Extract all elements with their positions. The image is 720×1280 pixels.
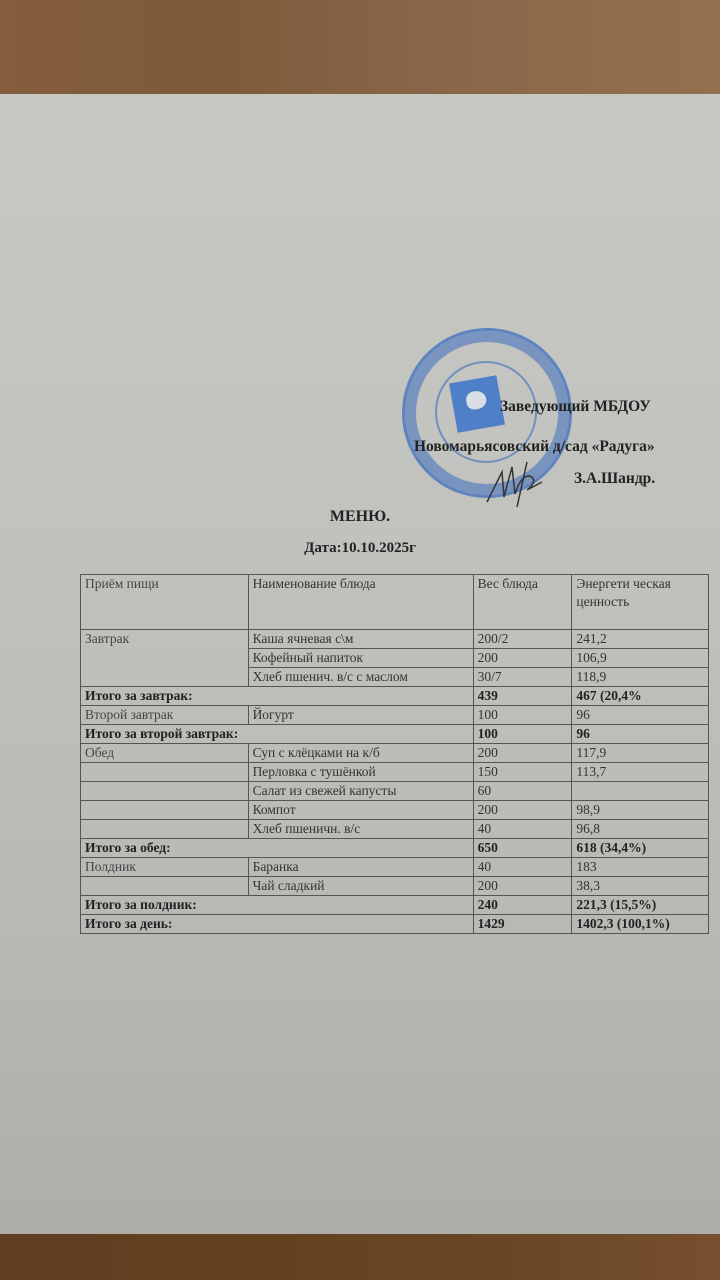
header-weight: Вес блюда — [473, 575, 572, 630]
dish-cell: Суп с клёцками на к/б — [248, 744, 473, 763]
dish-cell: Хлеб пшеничн. в/с — [248, 820, 473, 839]
energy-cell — [572, 782, 709, 801]
weight-cell: 40 — [473, 820, 572, 839]
meal-cell: Полдник — [81, 858, 249, 877]
weight-cell: 200 — [473, 744, 572, 763]
meal-cell — [81, 877, 249, 896]
approval-organization: Новомарьясовский д/сад «Радуга» — [414, 438, 655, 456]
document-date: Дата:10.10.2025г — [0, 540, 720, 557]
header-dish: Наименование блюда — [248, 575, 473, 630]
weight-cell: 100 — [473, 706, 572, 725]
header-meal: Приём пищи — [81, 575, 249, 630]
total-label: Итого за день: — [81, 915, 474, 934]
table-row: Салат из свежей капусты60 — [81, 782, 709, 801]
table-row: ЗавтракКаша ячневая с\м200/2241,2 — [81, 630, 709, 649]
energy-cell: 98,9 — [572, 801, 709, 820]
table-row: ОбедСуп с клёцками на к/б200117,9 — [81, 744, 709, 763]
meal-cell — [81, 801, 249, 820]
weight-cell: 30/7 — [473, 668, 572, 687]
meal-cell — [81, 782, 249, 801]
total-weight: 439 — [473, 687, 572, 706]
meal-cell: Обед — [81, 744, 249, 763]
total-label: Итого за обед: — [81, 839, 474, 858]
total-energy: 467 (20,4% — [572, 687, 709, 706]
meal-cell — [81, 763, 249, 782]
meal-cell — [81, 820, 249, 839]
wooden-surface-bottom — [0, 1230, 720, 1280]
weight-cell: 60 — [473, 782, 572, 801]
energy-cell: 118,9 — [572, 668, 709, 687]
dish-cell: Хлеб пшенич. в/с с маслом — [248, 668, 473, 687]
header-energy: Энергети ческая ценность — [572, 575, 709, 630]
total-energy: 96 — [572, 725, 709, 744]
stamp-emblem-icon — [449, 375, 505, 433]
weight-cell: 200 — [473, 649, 572, 668]
weight-cell: 200/2 — [473, 630, 572, 649]
total-weight: 240 — [473, 896, 572, 915]
dish-cell: Салат из свежей капусты — [248, 782, 473, 801]
meal-cell: Завтрак — [81, 630, 249, 687]
dish-cell: Перловка с тушёнкой — [248, 763, 473, 782]
dish-cell: Каша ячневая с\м — [248, 630, 473, 649]
table-header-row: Приём пищи Наименование блюда Вес блюда … — [81, 575, 709, 630]
table-total-row: Итого за завтрак:439467 (20,4% — [81, 687, 709, 706]
dish-cell: Кофейный напиток — [248, 649, 473, 668]
weight-cell: 200 — [473, 801, 572, 820]
energy-cell: 183 — [572, 858, 709, 877]
energy-cell: 96 — [572, 706, 709, 725]
total-weight: 650 — [473, 839, 572, 858]
weight-cell: 150 — [473, 763, 572, 782]
menu-table: Приём пищи Наименование блюда Вес блюда … — [80, 574, 709, 934]
energy-cell: 241,2 — [572, 630, 709, 649]
table-row: Второй завтракЙогурт10096 — [81, 706, 709, 725]
energy-cell: 106,9 — [572, 649, 709, 668]
table-row: Компот20098,9 — [81, 801, 709, 820]
table-total-row: Итого за обед:650618 (34,4%) — [81, 839, 709, 858]
table-row: Чай сладкий20038,3 — [81, 877, 709, 896]
total-energy: 618 (34,4%) — [572, 839, 709, 858]
energy-cell: 113,7 — [572, 763, 709, 782]
total-weight: 1429 — [473, 915, 572, 934]
total-label: Итого за полдник: — [81, 896, 474, 915]
approval-signatory: З.А.Шандр. — [574, 470, 655, 488]
table-row: Хлеб пшеничн. в/с4096,8 — [81, 820, 709, 839]
meal-cell: Второй завтрак — [81, 706, 249, 725]
approval-position: Заведующий МБДОУ — [500, 398, 651, 416]
table-row: ПолдникБаранка40183 — [81, 858, 709, 877]
weight-cell: 40 — [473, 858, 572, 877]
dish-cell: Баранка — [248, 858, 473, 877]
energy-cell: 96,8 — [572, 820, 709, 839]
table-total-row: Итого за день:14291402,3 (100,1%) — [81, 915, 709, 934]
signature-icon — [482, 452, 552, 512]
total-weight: 100 — [473, 725, 572, 744]
total-label: Итого за второй завтрак: — [81, 725, 474, 744]
dish-cell: Чай сладкий — [248, 877, 473, 896]
table-total-row: Итого за полдник:240221,3 (15,5%) — [81, 896, 709, 915]
total-energy: 1402,3 (100,1%) — [572, 915, 709, 934]
dish-cell: Компот — [248, 801, 473, 820]
total-energy: 221,3 (15,5%) — [572, 896, 709, 915]
table-total-row: Итого за второй завтрак:10096 — [81, 725, 709, 744]
document-title: МЕНЮ. — [0, 508, 720, 526]
dish-cell: Йогурт — [248, 706, 473, 725]
weight-cell: 200 — [473, 877, 572, 896]
energy-cell: 117,9 — [572, 744, 709, 763]
energy-cell: 38,3 — [572, 877, 709, 896]
table-row: Перловка с тушёнкой150113,7 — [81, 763, 709, 782]
total-label: Итого за завтрак: — [81, 687, 474, 706]
